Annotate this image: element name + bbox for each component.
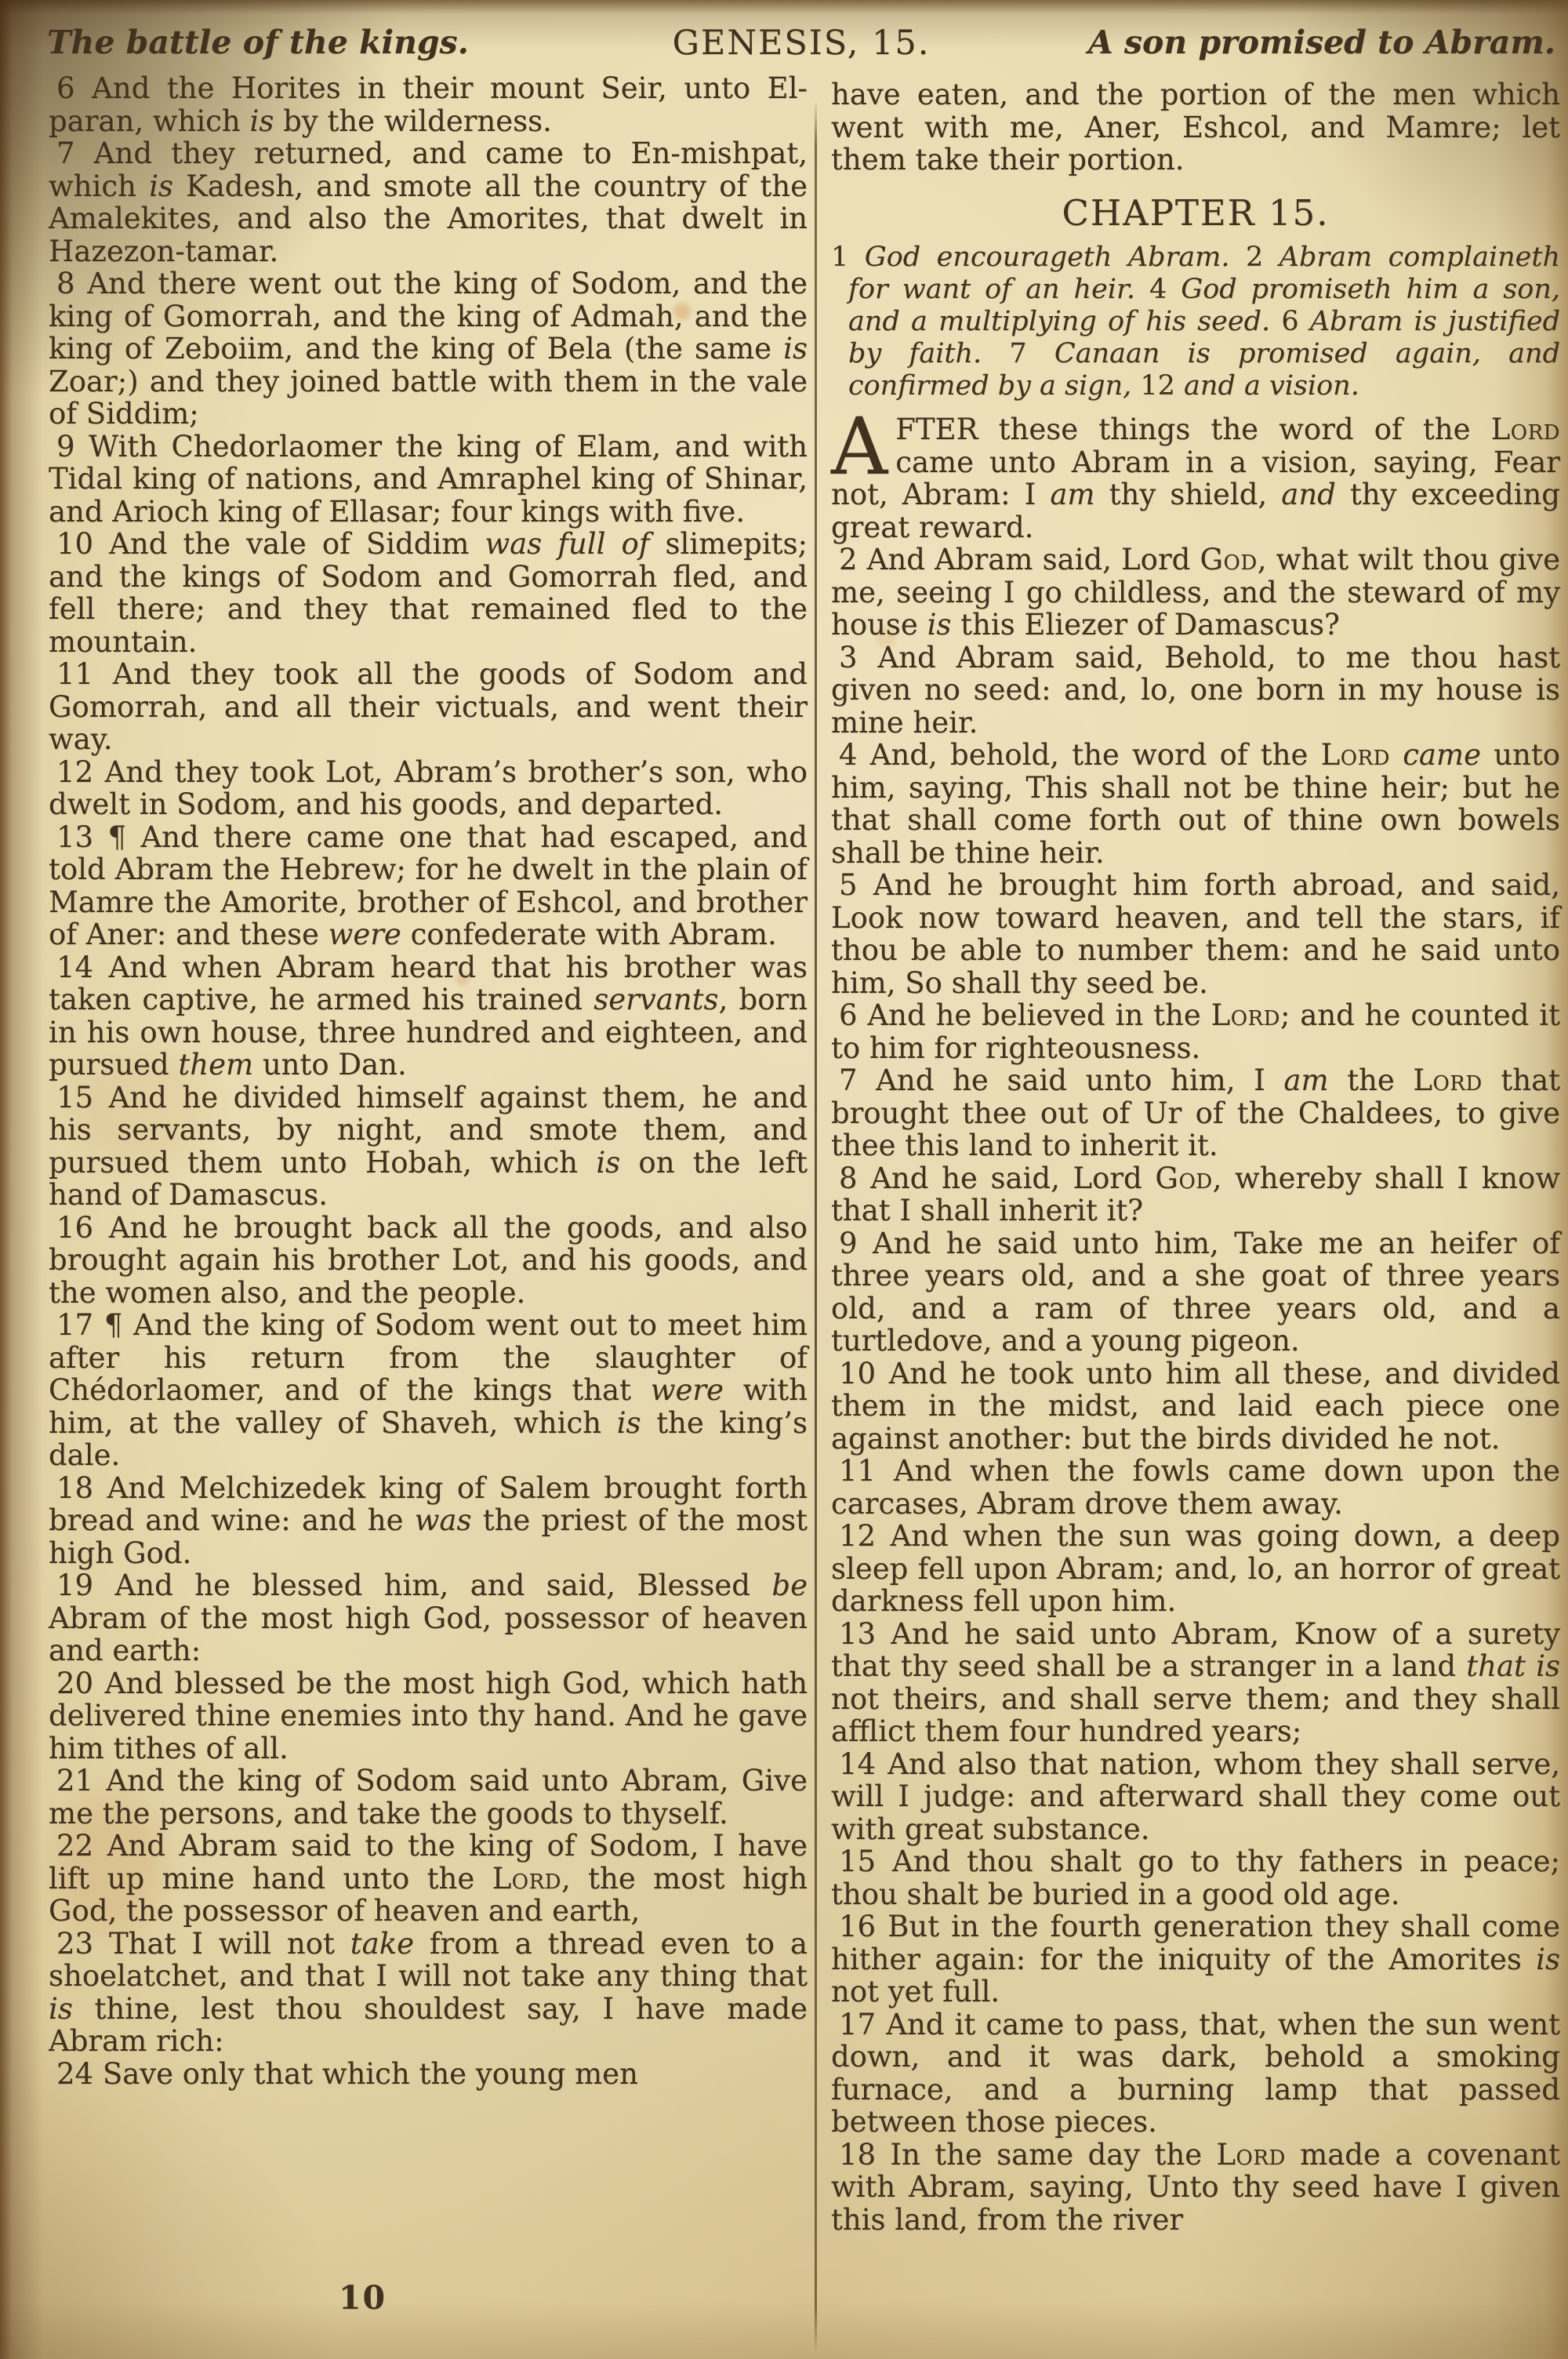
verse: 19 And he blessed him, and said, Blessed…: [49, 1569, 808, 1667]
verse: 6 And he believed in the Lord; and he co…: [831, 999, 1560, 1064]
verse: 18 In the same day the Lord made a coven…: [831, 2139, 1560, 2237]
verse: 7 And they returned, and came to En-mish…: [49, 137, 808, 267]
verse: 12 And they took Lot, Abram’s brother’s …: [49, 756, 808, 821]
running-header: The battle of the kings. GENESIS, 15. A …: [47, 24, 1555, 67]
verse: 23 That I will not take from a thread ev…: [49, 1928, 808, 2058]
verse: 16 But in the fourth generation they sha…: [831, 1910, 1560, 2008]
verse: 8 And he said, Lord God, whereby shall I…: [831, 1162, 1560, 1227]
verse: 16 And he brought back all the goods, an…: [49, 1212, 808, 1310]
verse: 5 And he brought him forth abroad, and s…: [831, 869, 1560, 999]
verse: 10 And the vale of Siddim was full of sl…: [49, 528, 808, 658]
verse: 6 And the Horites in their mount Seir, u…: [49, 72, 808, 137]
verse: 11 And they took all the goods of Sodom …: [49, 658, 808, 756]
verse: 3 And Abram said, Behold, to me thou has…: [831, 642, 1560, 740]
running-header-book-chapter: GENESIS, 15.: [673, 24, 931, 63]
verse: 15 And thou shalt go to thy fathers in p…: [831, 1845, 1560, 1910]
verse: 11 And when the fowls came down upon the…: [831, 1455, 1560, 1520]
verse: 10 And he took unto him all these, and d…: [831, 1358, 1560, 1456]
scanned-bible-page: The battle of the kings. GENESIS, 15. A …: [0, 0, 1568, 2359]
verse: 4 And, behold, the word of the Lord came…: [831, 739, 1560, 869]
verse: 13 And he said unto Abram, Know of a sur…: [831, 1618, 1560, 1748]
verse: 9 With Chedorlaomer the king of Elam, an…: [49, 431, 808, 529]
verse: 14 And also that nation, whom they shall…: [831, 1748, 1560, 1846]
chapter-heading: CHAPTER 15.: [831, 197, 1560, 230]
verse: 8 And there went out the king of Sodom, …: [49, 267, 808, 431]
verse: 18 And Melchizedek king of Salem brought…: [49, 1472, 808, 1570]
right-text-column: have eaten, and the portion of the men w…: [831, 78, 1560, 2236]
verse: 22 And Abram said to the king of Sodom, …: [49, 1830, 808, 1928]
left-text-column: 6 And the Horites in their mount Seir, u…: [49, 72, 808, 2090]
verse-continuation: have eaten, and the portion of the men w…: [831, 78, 1560, 176]
running-header-right-title: A son promised to Abram.: [1088, 24, 1555, 61]
verse: 20 And blessed be the most high God, whi…: [49, 1667, 808, 1765]
verse: 15 And he divided himself against them, …: [49, 1081, 808, 1212]
running-header-left-title: The battle of the kings.: [47, 24, 469, 61]
chapter-summary: 1 God encourageth Abram. 2 Abram complai…: [831, 242, 1560, 402]
column-divider-rule: [815, 100, 817, 2353]
verse: 7 And he said unto him, I am the Lord th…: [831, 1064, 1560, 1162]
page-number: 10: [339, 2279, 387, 2317]
verse: 17 And it came to pass, that, when the s…: [831, 2008, 1560, 2139]
verse: AFTER these things the word of the Lord …: [831, 413, 1560, 543]
verse: 2 And Abram said, Lord God, what wilt th…: [831, 543, 1560, 642]
verse-text: FTER these things the word of the Lord c…: [831, 413, 1560, 544]
verse: 12 And when the sun was going down, a de…: [831, 1520, 1560, 1618]
verse: 14 And when Abram heard that his brother…: [49, 951, 808, 1081]
drop-cap: A: [831, 413, 895, 476]
verse: 17 ¶ And the king of Sodom went out to m…: [49, 1309, 808, 1472]
verse: 13 ¶ And there came one that had escaped…: [49, 821, 808, 951]
verse: 9 And he said unto him, Take me an heife…: [831, 1227, 1560, 1358]
verse: 21 And the king of Sodom said unto Abram…: [49, 1765, 808, 1830]
verse: 24 Save only that which the young men: [49, 2058, 808, 2091]
